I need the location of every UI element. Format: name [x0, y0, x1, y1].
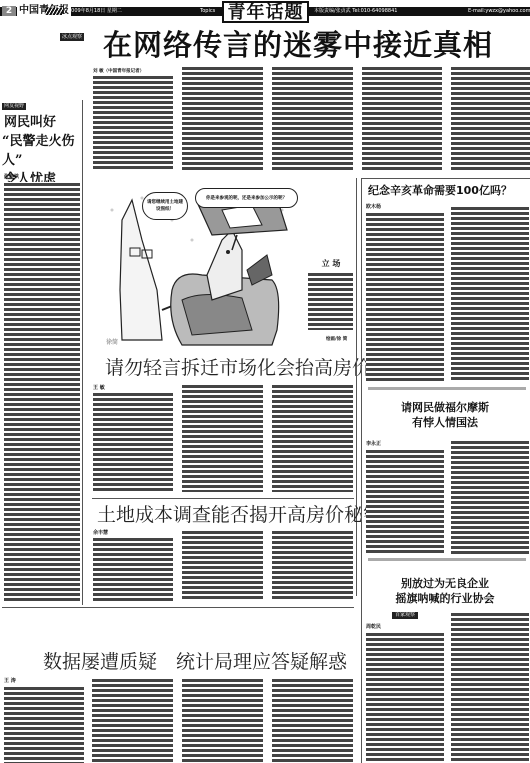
- article-3-col-1: [4, 686, 84, 763]
- sidebar-divider-2: [368, 558, 526, 561]
- sidebar-2-headline-line-2: 有悖人情国法: [370, 415, 520, 430]
- article-3-col-3: [182, 678, 263, 763]
- sidebar-1-col-2: [451, 206, 529, 382]
- left-headline-line-1: 网民叫好: [4, 113, 84, 132]
- cartoon-caption-title: 立 场: [316, 258, 346, 269]
- cartoon-illustration: 徐简 请您继续用土地建设图纸！ 你是来参观的呢，还是来参加公示的呢？: [102, 180, 298, 348]
- article-3-byline: 王 涛: [4, 678, 16, 685]
- sidebar-1-col-1: [366, 212, 444, 382]
- article-1-headline: 请勿轻言拆迁市场化会抬高房价: [105, 356, 371, 380]
- topics-label: Topics: [200, 8, 215, 15]
- article-divider: [92, 498, 354, 499]
- article-2-headline: 土地成本调查能否揭开高房价秘密: [97, 503, 382, 527]
- sidebar-3-byline: 周乾民: [366, 624, 381, 631]
- cartoon-caption-text: 在网民对某些政策的批评声中，有关部门的官员面对质疑，或者拒绝回应，或者自说自话……: [308, 272, 353, 330]
- sidebar-2-col-1: [366, 449, 444, 554]
- article-1-byline: 王 敏: [93, 385, 105, 392]
- sidebar-top-rule: [361, 178, 530, 179]
- main-article-col-3: [272, 66, 353, 170]
- main-article-col-1: 近期网上又一次出现有人传播"谣言门"事件，以网民人肉搜索式的推断和各种猜测，使一…: [93, 75, 173, 170]
- main-article-col-4: [362, 66, 442, 170]
- sidebar-rule: [361, 178, 362, 763]
- sidebar-3-headline-line-2: 摇旗呐喊的行业协会: [370, 591, 520, 606]
- left-byline: 张焕铁: [4, 174, 19, 181]
- page-number: 2: [2, 6, 16, 16]
- main-headline: 在网络传言的迷雾中接近真相: [103, 28, 483, 62]
- center-column-rule: [356, 178, 357, 596]
- sidebar-1-headline: 纪念辛亥革命需要100亿吗？: [368, 184, 528, 198]
- article-3-col-4: [272, 678, 353, 763]
- article-1-col-1: [93, 392, 173, 492]
- main-byline: 刘 敏（中国青年报记者）: [93, 68, 144, 75]
- sidebar-3-headline-line-1: 别放过为无良企业: [370, 576, 520, 591]
- sidebar-3-kicker: 百家观察: [392, 612, 418, 619]
- bottom-divider: [2, 607, 354, 608]
- article-2-col-3: [272, 530, 353, 601]
- article-1-col-3: [272, 384, 353, 492]
- article-1-col-2: [182, 384, 263, 492]
- email-contact: E-mail:ywzx@yahoo.com.cn: [468, 8, 530, 15]
- left-headline-line-2: “民警走火伤人”: [2, 132, 84, 170]
- speech-bubble-right: 你是来参观的呢，还是来参加公示的呢？: [195, 188, 298, 208]
- sidebar-2-headline-line-1: 请网民做福尔摩斯: [370, 400, 520, 415]
- article-3-col-2: [92, 678, 173, 763]
- left-kicker: 网友视野: [2, 103, 26, 110]
- cartoon-credit: 绘画/徐 简: [326, 336, 347, 342]
- sidebar-3-headline: 别放过为无良企业 摇旗呐喊的行业协会: [370, 576, 520, 606]
- sidebar-3-col-1: [366, 632, 444, 763]
- main-article-col-5: [451, 66, 530, 170]
- sidebar-divider-1: [368, 387, 526, 390]
- article-3-headline: 数据屡遭质疑 统计局理应答疑解惑: [43, 650, 347, 674]
- article-2-col-1: [93, 537, 173, 601]
- main-kicker: 冰点观察: [60, 33, 84, 41]
- editor-contact: 本版责编/张贞武 Tel:010-64098841: [314, 8, 397, 15]
- sidebar-3-col-2: [451, 612, 529, 763]
- section-title: 青年话题: [222, 1, 309, 23]
- svg-text:徐简: 徐简: [106, 338, 118, 346]
- sidebar-2-headline: 请网民做福尔摩斯 有悖人情国法: [370, 400, 520, 430]
- sidebar-2-col-2: [451, 440, 529, 554]
- sidebar-1-byline: 欧木杨: [366, 204, 381, 211]
- speech-bubble-left: 请您继续用土地建设图纸！: [142, 192, 188, 220]
- article-2-col-2: [182, 530, 263, 601]
- main-article-col-2: [182, 66, 263, 170]
- stripe-decoration: [45, 8, 63, 15]
- sidebar-2-byline: 李永正: [366, 441, 381, 448]
- article-2-byline: 余丰慧: [93, 530, 108, 537]
- left-article-body: 8月16日，长春市公安局在其官方网站上通报，一名民警因枪支走火致人受伤……（《新…: [4, 182, 80, 602]
- date-editor: 2009年8月18日 星期二: [68, 8, 122, 15]
